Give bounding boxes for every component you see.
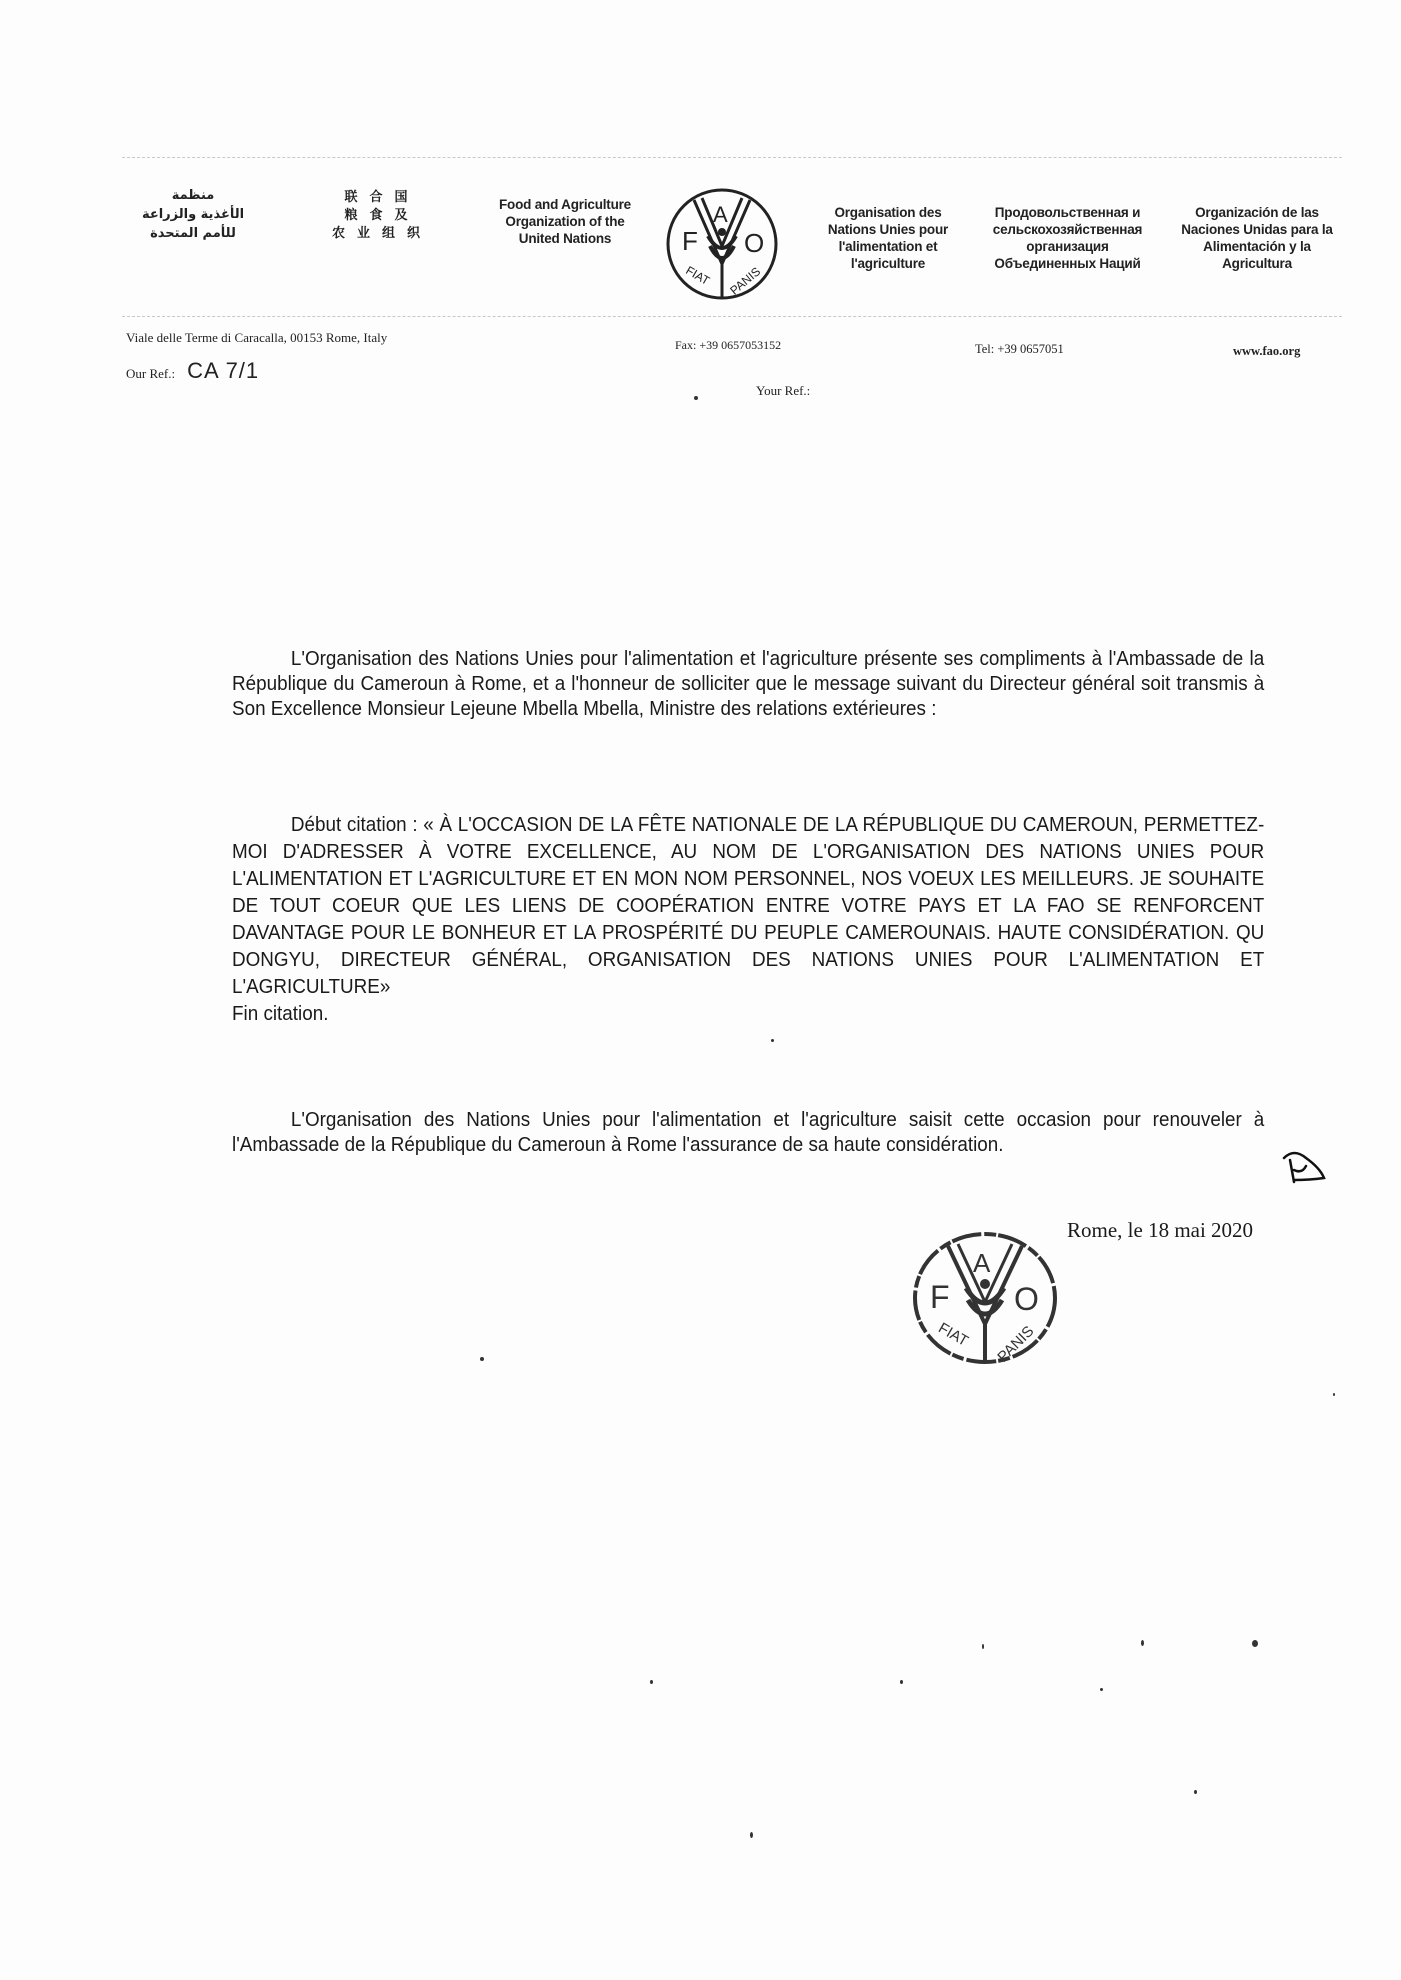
scan-speck (900, 1680, 903, 1684)
quote-text: À L'OCCASION DE LA FÊTE NATIONALE DE LA … (232, 813, 1264, 998)
fao-stamp: F A O FIAT PANIS (910, 1228, 1060, 1368)
letterhead-french: Organisation des Nations Unies pour l'al… (808, 204, 968, 272)
scan-speck (480, 1357, 484, 1361)
website: www.fao.org (1233, 344, 1300, 359)
fao-stamp-icon: F A O FIAT PANIS (910, 1228, 1060, 1368)
body-paragraph-quote: Début citation : « À L'OCCASION DE LA FÊ… (232, 811, 1264, 1027)
letterhead-chinese: 联合国 粮食及 农业组织 (312, 189, 452, 243)
fao-logo-icon: F A O FIAT PANIS (664, 186, 780, 302)
scan-speck (771, 1039, 774, 1042)
handwritten-initials-icon (1280, 1150, 1328, 1190)
body-paragraph-closing: L'Organisation des Nations Unies pour l'… (232, 1107, 1264, 1157)
scan-speck (750, 1832, 753, 1838)
svg-text:F: F (682, 226, 698, 256)
letterhead-russian: Продовольственная и сельскохозяйственная… (980, 204, 1155, 272)
scan-speck (1141, 1640, 1144, 1646)
svg-text:A: A (713, 202, 728, 227)
header-bottom-rule (122, 316, 1342, 317)
scan-speck (1100, 1688, 1103, 1691)
fax-number: Fax: +39 0657053152 (675, 338, 781, 353)
svg-text:O: O (744, 228, 764, 258)
letterhead-english: Food and Agriculture Organization of the… (475, 196, 655, 247)
your-ref-label: Your Ref.: (756, 383, 810, 399)
svg-text:A: A (973, 1248, 991, 1278)
our-ref: Our Ref.:CA 7/1 (126, 358, 259, 384)
our-ref-label: Our Ref.: (126, 366, 175, 381)
scan-speck (982, 1644, 984, 1649)
address: Viale delle Terme di Caracalla, 00153 Ro… (126, 330, 387, 346)
letterhead-arabic: منظمة الأغذية والزراعة للأمم المتحدة (118, 186, 268, 243)
tel-number: Tel: +39 0657051 (975, 342, 1064, 357)
body-paragraph-intro: L'Organisation des Nations Unies pour l'… (232, 646, 1264, 721)
header-top-rule (122, 157, 1342, 158)
letterhead-spanish: Organización de las Naciones Unidas para… (1172, 204, 1342, 272)
quote-outro: Fin citation. (232, 1002, 328, 1025)
svg-text:F: F (930, 1279, 950, 1315)
fao-logo: F A O FIAT PANIS (664, 186, 780, 302)
scan-speck (1333, 1393, 1335, 1396)
svg-text:O: O (1014, 1281, 1039, 1317)
our-ref-value: CA 7/1 (187, 358, 259, 383)
scan-speck (694, 396, 698, 400)
scan-speck (1194, 1790, 1197, 1794)
place-date: Rome, le 18 mai 2020 (1067, 1218, 1253, 1243)
quote-intro: Début citation : « (291, 813, 440, 836)
scan-speck (1252, 1640, 1258, 1647)
scan-speck (650, 1680, 653, 1684)
